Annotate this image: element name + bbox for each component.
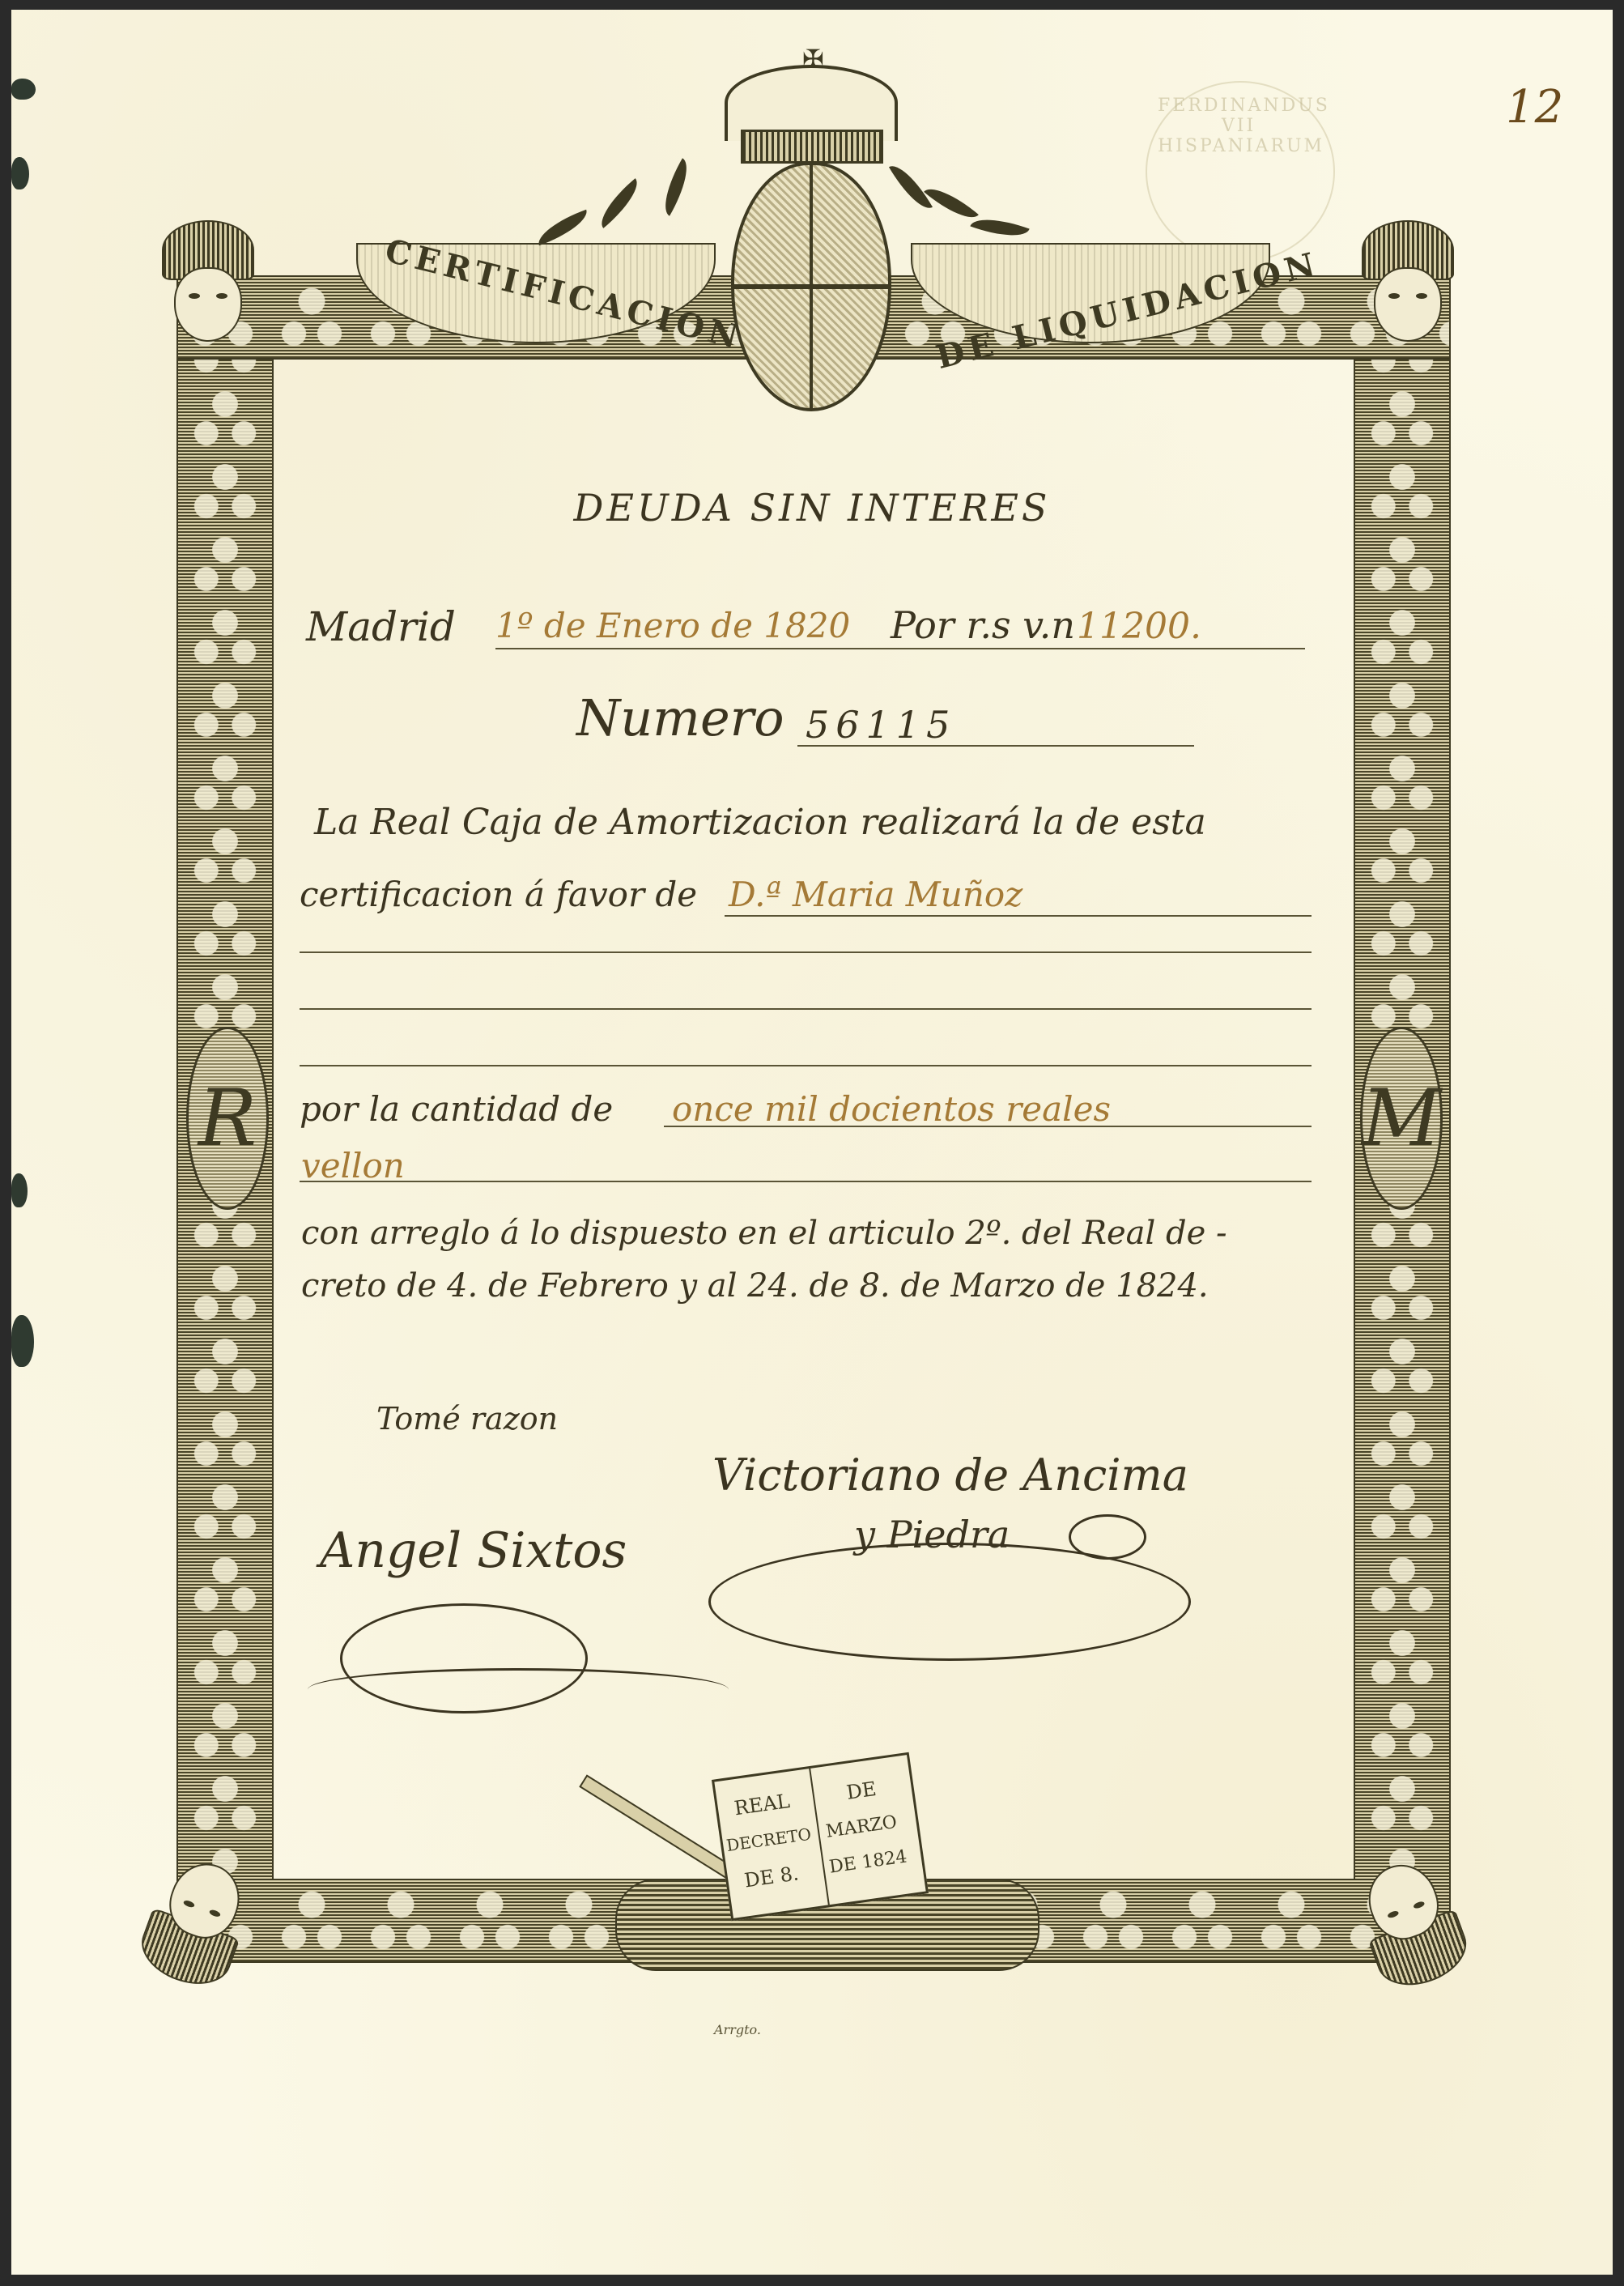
handwritten-date: 1º de Enero de 1820 [495,606,850,645]
amount-label: Por r.s v.n [891,603,1075,647]
quantity-handwritten-2: vellon [301,1146,405,1186]
book-left-text-3: DE 8. [743,1862,801,1892]
quantity-handwritten-1: once mil docientos reales [672,1089,1111,1129]
certificate-number: 56115 [806,703,956,747]
book-right-text-3: DE 1824 [828,1846,908,1877]
torn-edge [11,1315,34,1367]
left-signature-flourish [308,1668,729,1711]
right-monogram-medallion: M [1360,1027,1443,1210]
book-left-text-2: DECRETO [725,1824,813,1855]
left-monogram-medallion: R [186,1027,269,1210]
beneficiary-name: D.ª Maria Muñoz [729,875,1022,914]
quantity-underline-1 [664,1126,1312,1127]
body-line-1: La Real Caja de Amortizacion realizará l… [314,802,1206,843]
open-book-icon: REAL DECRETO DE 8. DE MARZO DE 1824 [712,1752,929,1922]
blank-line-1 [300,951,1312,953]
embossed-seal-text: FERDINANDUS VII HISPANIARUM [1158,96,1320,156]
book-left-text-1: REAL [733,1790,791,1820]
quantity-label: por la cantidad de [300,1089,613,1129]
date-underline [495,648,1305,649]
royal-crown-icon: ✠ [725,49,895,162]
right-signature-flourish [708,1543,1191,1661]
torn-edge [11,1173,28,1207]
body-line-2: certificacion á favor de [300,875,697,914]
beneficiary-underline [725,915,1312,917]
arreglo-line-2: creto de 4. de Febrero y al 24. de 8. de… [301,1267,1209,1305]
book-right-text-1: DE [845,1777,878,1804]
engraver-signature: Arrgto. [714,2022,761,2037]
number-label: Numero [576,688,784,747]
page-number: 12 [1506,81,1563,134]
mask-top-right-icon [1354,220,1459,342]
tome-razon-label: Tomé razon [376,1401,558,1437]
monogram-r: R [198,1073,257,1164]
right-signature-line-1: Victoriano de Ancima [712,1450,1188,1501]
monogram-m: M [1362,1073,1441,1164]
torn-edge [11,157,29,189]
quantity-underline-2 [300,1181,1312,1182]
mask-top-left-icon [154,220,259,342]
book-right-text-2: MARZO [825,1812,899,1842]
document-title: DEUDA SIN INTERES [0,486,1624,530]
left-signature: Angel Sixtos [320,1522,627,1579]
torn-edge [11,79,36,100]
handwritten-amount: 11200. [1077,606,1201,647]
blank-line-2 [300,1008,1312,1010]
right-signature-flourish [1069,1514,1146,1560]
arreglo-line-1: con arreglo á lo dispuesto en el articul… [301,1215,1227,1252]
number-underline [797,745,1194,747]
blank-line-3 [300,1065,1312,1066]
coat-of-arms-icon [731,162,891,411]
city-label: Madrid [306,603,456,650]
